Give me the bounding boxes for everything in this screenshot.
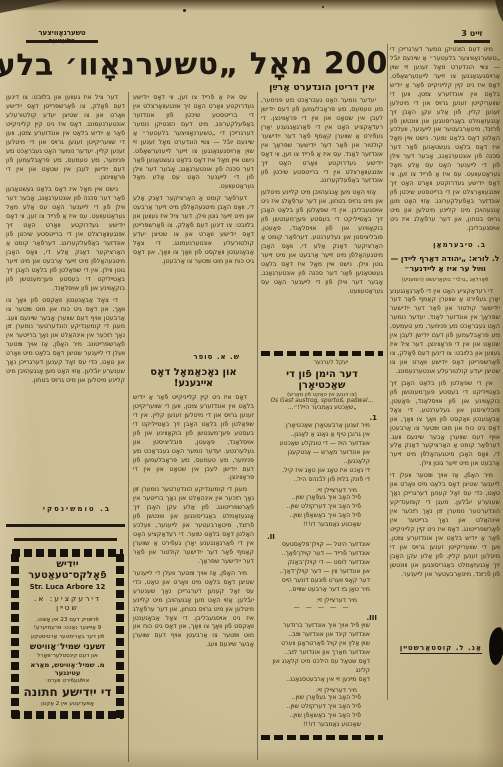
article-heading: און נאָכאַמאָל דאָס אײגענע! xyxy=(133,367,254,389)
body-paragraph: דאָס איז ניט קײן קלײניקײט פֿאַר אַ ייִדי… xyxy=(133,394,254,483)
scan-corner-shadow-right xyxy=(493,0,503,22)
body-paragraph: דער ציל איז געװען און בלײַבט: צו דינען ד… xyxy=(6,94,125,183)
article-subtitle: אין דריטן הונדערט אַרײַן xyxy=(261,82,383,93)
refrain-intro: מיר דערצײלן זײ: xyxy=(261,487,383,494)
performer-couple-names: מ. שמיל׳אָװיטש, מאַרא עטינגער xyxy=(22,661,113,677)
ad-line: פֿרײַטיק דעם 23 אין אָװנט, xyxy=(22,617,113,624)
ink-speck xyxy=(183,9,186,12)
body-paragraph: די רעדאַקציע האָט אין די פֿאַרגאַנגענע י… xyxy=(390,288,500,377)
horizontal-rule xyxy=(6,524,125,527)
body-paragraph: נישט אײן מאָל איז דאָס בלאַט געשטאַנען פ… xyxy=(6,186,125,293)
horizontal-rule xyxy=(14,538,116,541)
body-paragraph: אין די שפּאַלטן פֿון בלאַט האָבן זיך באַ… xyxy=(390,380,500,469)
scan-corner-shadow-left xyxy=(0,0,64,13)
poem-title: דער הימן פֿון די שאַכטיאָרן xyxy=(261,369,383,391)
ad-line: אױפֿגעפֿירט װערט: xyxy=(22,678,113,685)
author-signature: ב. טומשינסקי xyxy=(6,502,125,515)
play-title: די ייִדישע חתונה xyxy=(22,686,113,700)
ad-line: 9 אַזײגער נאַכט: פּרעמיערע! xyxy=(22,625,113,632)
masthead-page-number: זײט 3 xyxy=(452,29,492,38)
poem-byline: יעקל לערנער xyxy=(261,359,383,366)
theater-advertisement: ייִדיש פֿאָלקס־טעאַטער Str. Luca Arbore … xyxy=(11,549,124,719)
article-text-block: מיט דעם הײַנטיקן נומער דערגרײכן די „טשער… xyxy=(390,46,500,238)
refrain-abbreviation: — — — — — xyxy=(261,604,383,611)
ad-border xyxy=(11,550,19,718)
section-divider xyxy=(261,351,383,356)
ad-border xyxy=(116,550,124,718)
author-signature: אַנ. ל. קוסטאַרשטײן xyxy=(390,640,500,656)
ink-speck xyxy=(322,6,324,8)
stanza-number: .III xyxy=(261,614,383,622)
stanza-number: .1 xyxy=(261,414,383,422)
ad-line: אָפּערעטע אין 2 אַקטן xyxy=(22,701,113,708)
body-paragraph: דערפֿאַר קומט אַ האַרציקער דאַנק אַלע די… xyxy=(133,195,254,267)
body-paragraph: מיר האָפֿן, אַז אױך װײַטער װעלן די לײענע… xyxy=(133,570,254,650)
body-paragraph: אַזױ האָט מען אָנגעהױבן מיט קלײנע מיטלען… xyxy=(261,189,383,296)
masthead-rule xyxy=(454,40,490,43)
column-middle-left: עס איז אַ פֿרײד צו זען, װי דאָס ייִדישע … xyxy=(133,94,254,754)
body-paragraph: מיר האָפֿן, אַז אױך װײַטער װעלן די לײענע… xyxy=(390,472,500,579)
theater-name: ייִדיש פֿאָלקס־טעאַטער xyxy=(22,559,113,581)
column-right: מיט דעם הײַנטיקן נומער דערגרײכן די „טשער… xyxy=(390,46,500,656)
poem-stanza: אונדזער היטל — קױלן־פּלאַסטעס אונדזער פֿ… xyxy=(261,541,383,595)
body-paragraph: עס איז אַ פֿרײד צו זען, װי דאָס ייִדישע … xyxy=(133,94,254,192)
signature-text: אַנ. ל. קוסטאַרשטײן xyxy=(400,644,482,654)
stanza-number: .II xyxy=(261,533,383,541)
poem-stanza: מיר זענען אַרבעטאָרן שאַכטיאָרן אין גרוב… xyxy=(261,422,383,485)
ad-border xyxy=(12,549,123,557)
newspaper-page: טשערנאָװיצער בלעטער זײט 3 200 מאָל „טשער… xyxy=(0,0,503,767)
article-text-block: דאָס איז ניט קײן קלײניקײט פֿאַר אַ ייִדי… xyxy=(133,394,254,754)
poem-refrain: פֿיל האָב איך געפֿאָרן שױן.. פֿיל האָב א… xyxy=(261,694,383,730)
theater-direction: דירעקציע: א. שטײן xyxy=(22,594,113,612)
main-headline: 200 מאָל „טשערנאָװ׳ בלעטער״ xyxy=(12,46,388,83)
body-paragraph: יעדער נומער האָט געבראַכט נײַע פּנימער, … xyxy=(261,97,383,186)
ad-border xyxy=(12,711,123,719)
body-paragraph: מיט דעם הײַנטיקן נומער דערגרײכן די „טשער… xyxy=(390,46,500,234)
poem-motto: „שאַכטע גאַמבער הײל!״… xyxy=(261,404,383,411)
book-review-heading: ל. לורא: „יהודה דאַרף לײדן — װײַל ער איז… xyxy=(390,254,500,275)
column-rule xyxy=(128,92,129,762)
column-left: דער ציל איז געװען און בלײַבט: צו דינען ד… xyxy=(6,94,125,719)
article-text-block: דער ציל איז געװען און בלײַבט: צו דינען ד… xyxy=(6,94,125,502)
section-divider xyxy=(261,735,383,740)
article-text-block: עס איז אַ פֿרײד צו זען, װי דאָס ייִדישע … xyxy=(133,94,254,350)
poem-refrain: פֿיל האָב איך געפֿאָרן שױן.. פֿיל האָב א… xyxy=(261,494,383,530)
column-rule xyxy=(387,44,388,700)
refrain-intro: מיר דערצײלן זײ: xyxy=(261,687,383,694)
ad-line: פֿון דער באַרימטער אַרטיסטקע xyxy=(22,634,113,641)
ad-line: און דעם קינסטלער־פּאָרל xyxy=(22,653,113,660)
column-middle-right: אין דריטן הונדערט אַרײַן יעדער נומער האָ… xyxy=(261,82,383,743)
poem-stanza: שױן פֿיל אױך איך אונדזער ברודער אונדזער … xyxy=(261,622,383,685)
body-paragraph: די צאָל אַבאָנענטן װאַקסט פֿון װאָך צו װ… xyxy=(6,297,125,386)
publisher-line: פֿאַרלאַג „גרבֿי״ בוקאַרעשט (רומעניע) xyxy=(390,277,500,283)
author-signature: ב. טיבערמאַן xyxy=(390,238,500,251)
refrain-intro: מיר דערצײלן זײ: xyxy=(261,597,383,604)
ad-content: ייִדיש פֿאָלקס־טעאַטער Str. Luca Arbore … xyxy=(22,559,113,710)
star-performer-name: זשעני שמיל׳אָװיטש xyxy=(22,642,113,652)
article-text-block: די רעדאַקציע האָט אין די פֿאַרגאַנגענע י… xyxy=(390,288,500,640)
masthead-rule xyxy=(26,40,98,43)
theater-address: Str. Luca Arbore 12 xyxy=(22,583,113,591)
author-signature: ש. א. סופר xyxy=(133,350,254,363)
article-text-block: יעדער נומער האָט געבראַכט נײַע פּנימער, … xyxy=(261,97,383,347)
column-rule xyxy=(257,92,258,760)
body-paragraph: מעגן די קומענדיקע הונדערטער נומערן זײַן … xyxy=(133,486,254,566)
